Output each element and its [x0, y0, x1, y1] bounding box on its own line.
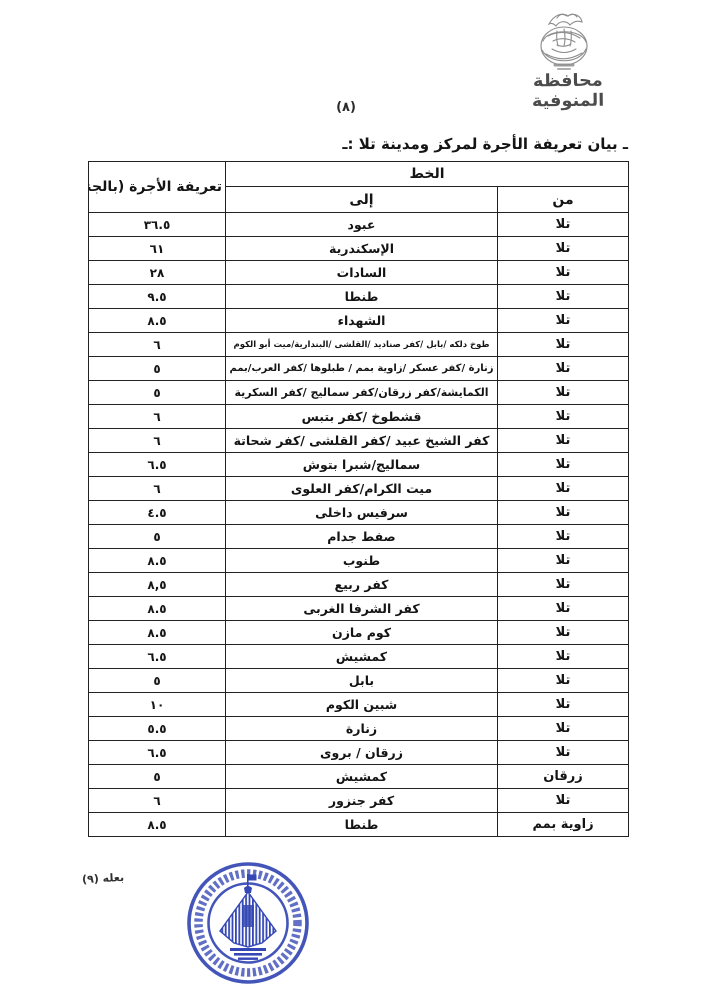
official-stamp-icon — [184, 861, 314, 986]
table-row: زرقانكمشيش٥ — [89, 765, 629, 789]
table-row: تلاقشطوخ /كفر بتبس٦ — [89, 405, 629, 429]
from-cell: تلا — [498, 645, 629, 669]
table-row: تلاطنطا٩.٥ — [89, 285, 629, 309]
to-cell: قشطوخ /كفر بتبس — [226, 405, 498, 429]
from-cell: تلا — [498, 357, 629, 381]
from-cell: تلا — [498, 669, 629, 693]
table-row: تلاكمشيش٦.٥ — [89, 645, 629, 669]
to-cell: زنارة /كفر عسكر /زاوية بمم / طبلوها /كفر… — [226, 357, 498, 381]
table-row: تلاكفر جنزور٦ — [89, 789, 629, 813]
fare-cell: ٥ — [89, 357, 226, 381]
fare-cell: ٥ — [89, 525, 226, 549]
to-cell: بابل — [226, 669, 498, 693]
to-cell: طنوب — [226, 549, 498, 573]
table-row: تلازنارة /كفر عسكر /زاوية بمم / طبلوها /… — [89, 357, 629, 381]
fare-cell: ٦ — [89, 429, 226, 453]
to-cell: صفط جدام — [226, 525, 498, 549]
table-row: تلاسماليج/شبرا بتوش٦.٥ — [89, 453, 629, 477]
fare-cell: ٤.٥ — [89, 501, 226, 525]
from-cell: تلا — [498, 789, 629, 813]
to-cell: السادات — [226, 261, 498, 285]
to-cell: كفر ربيع — [226, 573, 498, 597]
to-cell: زنارة — [226, 717, 498, 741]
scanned-document-page: محافظة المنوفية (٨) ـ بيان تعريفة الأجرة… — [0, 0, 720, 986]
table-row: تلاالسادات٢٨ — [89, 261, 629, 285]
fare-cell: ٨,٥ — [89, 573, 226, 597]
fare-cell: ٨.٥ — [89, 597, 226, 621]
from-cell: تلا — [498, 261, 629, 285]
table-row: تلاصفط جدام٥ — [89, 525, 629, 549]
table-row: زاوية بممطنطا٨.٥ — [89, 813, 629, 837]
to-cell: سماليج/شبرا بتوش — [226, 453, 498, 477]
from-cell: تلا — [498, 741, 629, 765]
to-cell: كفر الشيخ عبيد /كفر القلشى /كفر شحاتة — [226, 429, 498, 453]
fare-cell: ٣٦.٥ — [89, 213, 226, 237]
fare-cell: ٨.٥ — [89, 813, 226, 837]
from-cell: تلا — [498, 237, 629, 261]
fare-cell: ٥.٥ — [89, 717, 226, 741]
to-cell: ميت الكرام/كفر العلوى — [226, 477, 498, 501]
table-row: تلاميت الكرام/كفر العلوى٦ — [89, 477, 629, 501]
fare-cell: ٨.٥ — [89, 309, 226, 333]
col-header-from: من — [498, 187, 629, 213]
table-row: تلاسرفيس داخلى٤.٥ — [89, 501, 629, 525]
col-header-to: إلى — [226, 187, 498, 213]
from-cell: تلا — [498, 621, 629, 645]
from-cell: تلا — [498, 693, 629, 717]
from-cell: زرقان — [498, 765, 629, 789]
doc-title: ـ بيان تعريفة الأجرة لمركز ومدينة تلا :ـ — [342, 135, 628, 153]
fare-cell: ٦ — [89, 477, 226, 501]
from-cell: تلا — [498, 453, 629, 477]
table-row: تلاعبود٣٦.٥ — [89, 213, 629, 237]
fare-cell: ٥ — [89, 765, 226, 789]
fare-cell: ٦.٥ — [89, 453, 226, 477]
to-cell: طنطا — [226, 813, 498, 837]
fare-cell: ٦.٥ — [89, 741, 226, 765]
to-cell: الشهداء — [226, 309, 498, 333]
to-cell: عبود — [226, 213, 498, 237]
fare-cell: ٥ — [89, 669, 226, 693]
from-cell: تلا — [498, 405, 629, 429]
col-header-line: الخط — [226, 162, 629, 187]
table-row: تلازنارة٥.٥ — [89, 717, 629, 741]
to-cell: كفر جنزور — [226, 789, 498, 813]
page-number: (٨) — [318, 100, 374, 115]
table-row: تلاالشهداء٨.٥ — [89, 309, 629, 333]
to-cell: طنطا — [226, 285, 498, 309]
from-cell: تلا — [498, 309, 629, 333]
table-row: تلازرقان / بروى٦.٥ — [89, 741, 629, 765]
table-row: تلاكفر الشيخ عبيد /كفر القلشى /كفر شحاتة… — [89, 429, 629, 453]
from-cell: زاوية بمم — [498, 813, 629, 837]
fare-table-body: تلاعبود٣٦.٥تلاالإسكندرية٦١تلاالسادات٢٨تل… — [89, 213, 629, 837]
to-cell: طوخ دلكه /بابل /كفر صناديد /القلشى /البن… — [226, 333, 498, 357]
from-cell: تلا — [498, 333, 629, 357]
table-row: تلاطوخ دلكه /بابل /كفر صناديد /القلشى /ا… — [89, 333, 629, 357]
table-row: تلاكوم مازن٨.٥ — [89, 621, 629, 645]
governorate-wordmark: محافظة المنوفية — [495, 70, 641, 111]
fare-cell: ٦ — [89, 333, 226, 357]
from-cell: تلا — [498, 429, 629, 453]
fare-cell: ٥ — [89, 381, 226, 405]
table-row: تلاشبين الكوم١٠ — [89, 693, 629, 717]
table-row: تلابابل٥ — [89, 669, 629, 693]
table-row: تلاطنوب٨.٥ — [89, 549, 629, 573]
fare-cell: ٦ — [89, 405, 226, 429]
to-cell: زرقان / بروى — [226, 741, 498, 765]
fare-cell: ٢٨ — [89, 261, 226, 285]
handwritten-note: بعله (٩) — [82, 871, 125, 886]
table-row: تلاكفر الشرفا الغربى٨.٥ — [89, 597, 629, 621]
from-cell: تلا — [498, 573, 629, 597]
fare-cell: ٨.٥ — [89, 549, 226, 573]
fare-table: الخط تعريفة الأجرة (بالجنيه) من إلى تلاع… — [88, 161, 629, 837]
to-cell: شبين الكوم — [226, 693, 498, 717]
to-cell: كمشيش — [226, 765, 498, 789]
fare-cell: ٦ — [89, 789, 226, 813]
to-cell: الإسكندرية — [226, 237, 498, 261]
from-cell: تلا — [498, 501, 629, 525]
from-cell: تلا — [498, 477, 629, 501]
to-cell: سرفيس داخلى — [226, 501, 498, 525]
col-header-fare: تعريفة الأجرة (بالجنيه) — [89, 162, 226, 213]
from-cell: تلا — [498, 717, 629, 741]
from-cell: تلا — [498, 525, 629, 549]
from-cell: تلا — [498, 285, 629, 309]
from-cell: تلا — [498, 549, 629, 573]
fare-cell: ٦١ — [89, 237, 226, 261]
to-cell: كفر الشرفا الغربى — [226, 597, 498, 621]
table-row: تلاالكمايشة/كفر زرقان/كفر سماليج /كفر ال… — [89, 381, 629, 405]
from-cell: تلا — [498, 381, 629, 405]
from-cell: تلا — [498, 597, 629, 621]
table-row: تلاكفر ربيع٨,٥ — [89, 573, 629, 597]
fare-cell: ٦.٥ — [89, 645, 226, 669]
fare-cell: ١٠ — [89, 693, 226, 717]
table-row: تلاالإسكندرية٦١ — [89, 237, 629, 261]
from-cell: تلا — [498, 213, 629, 237]
to-cell: كوم مازن — [226, 621, 498, 645]
fare-cell: ٨.٥ — [89, 621, 226, 645]
to-cell: كمشيش — [226, 645, 498, 669]
fare-cell: ٩.٥ — [89, 285, 226, 309]
to-cell: الكمايشة/كفر زرقان/كفر سماليج /كفر السكر… — [226, 381, 498, 405]
